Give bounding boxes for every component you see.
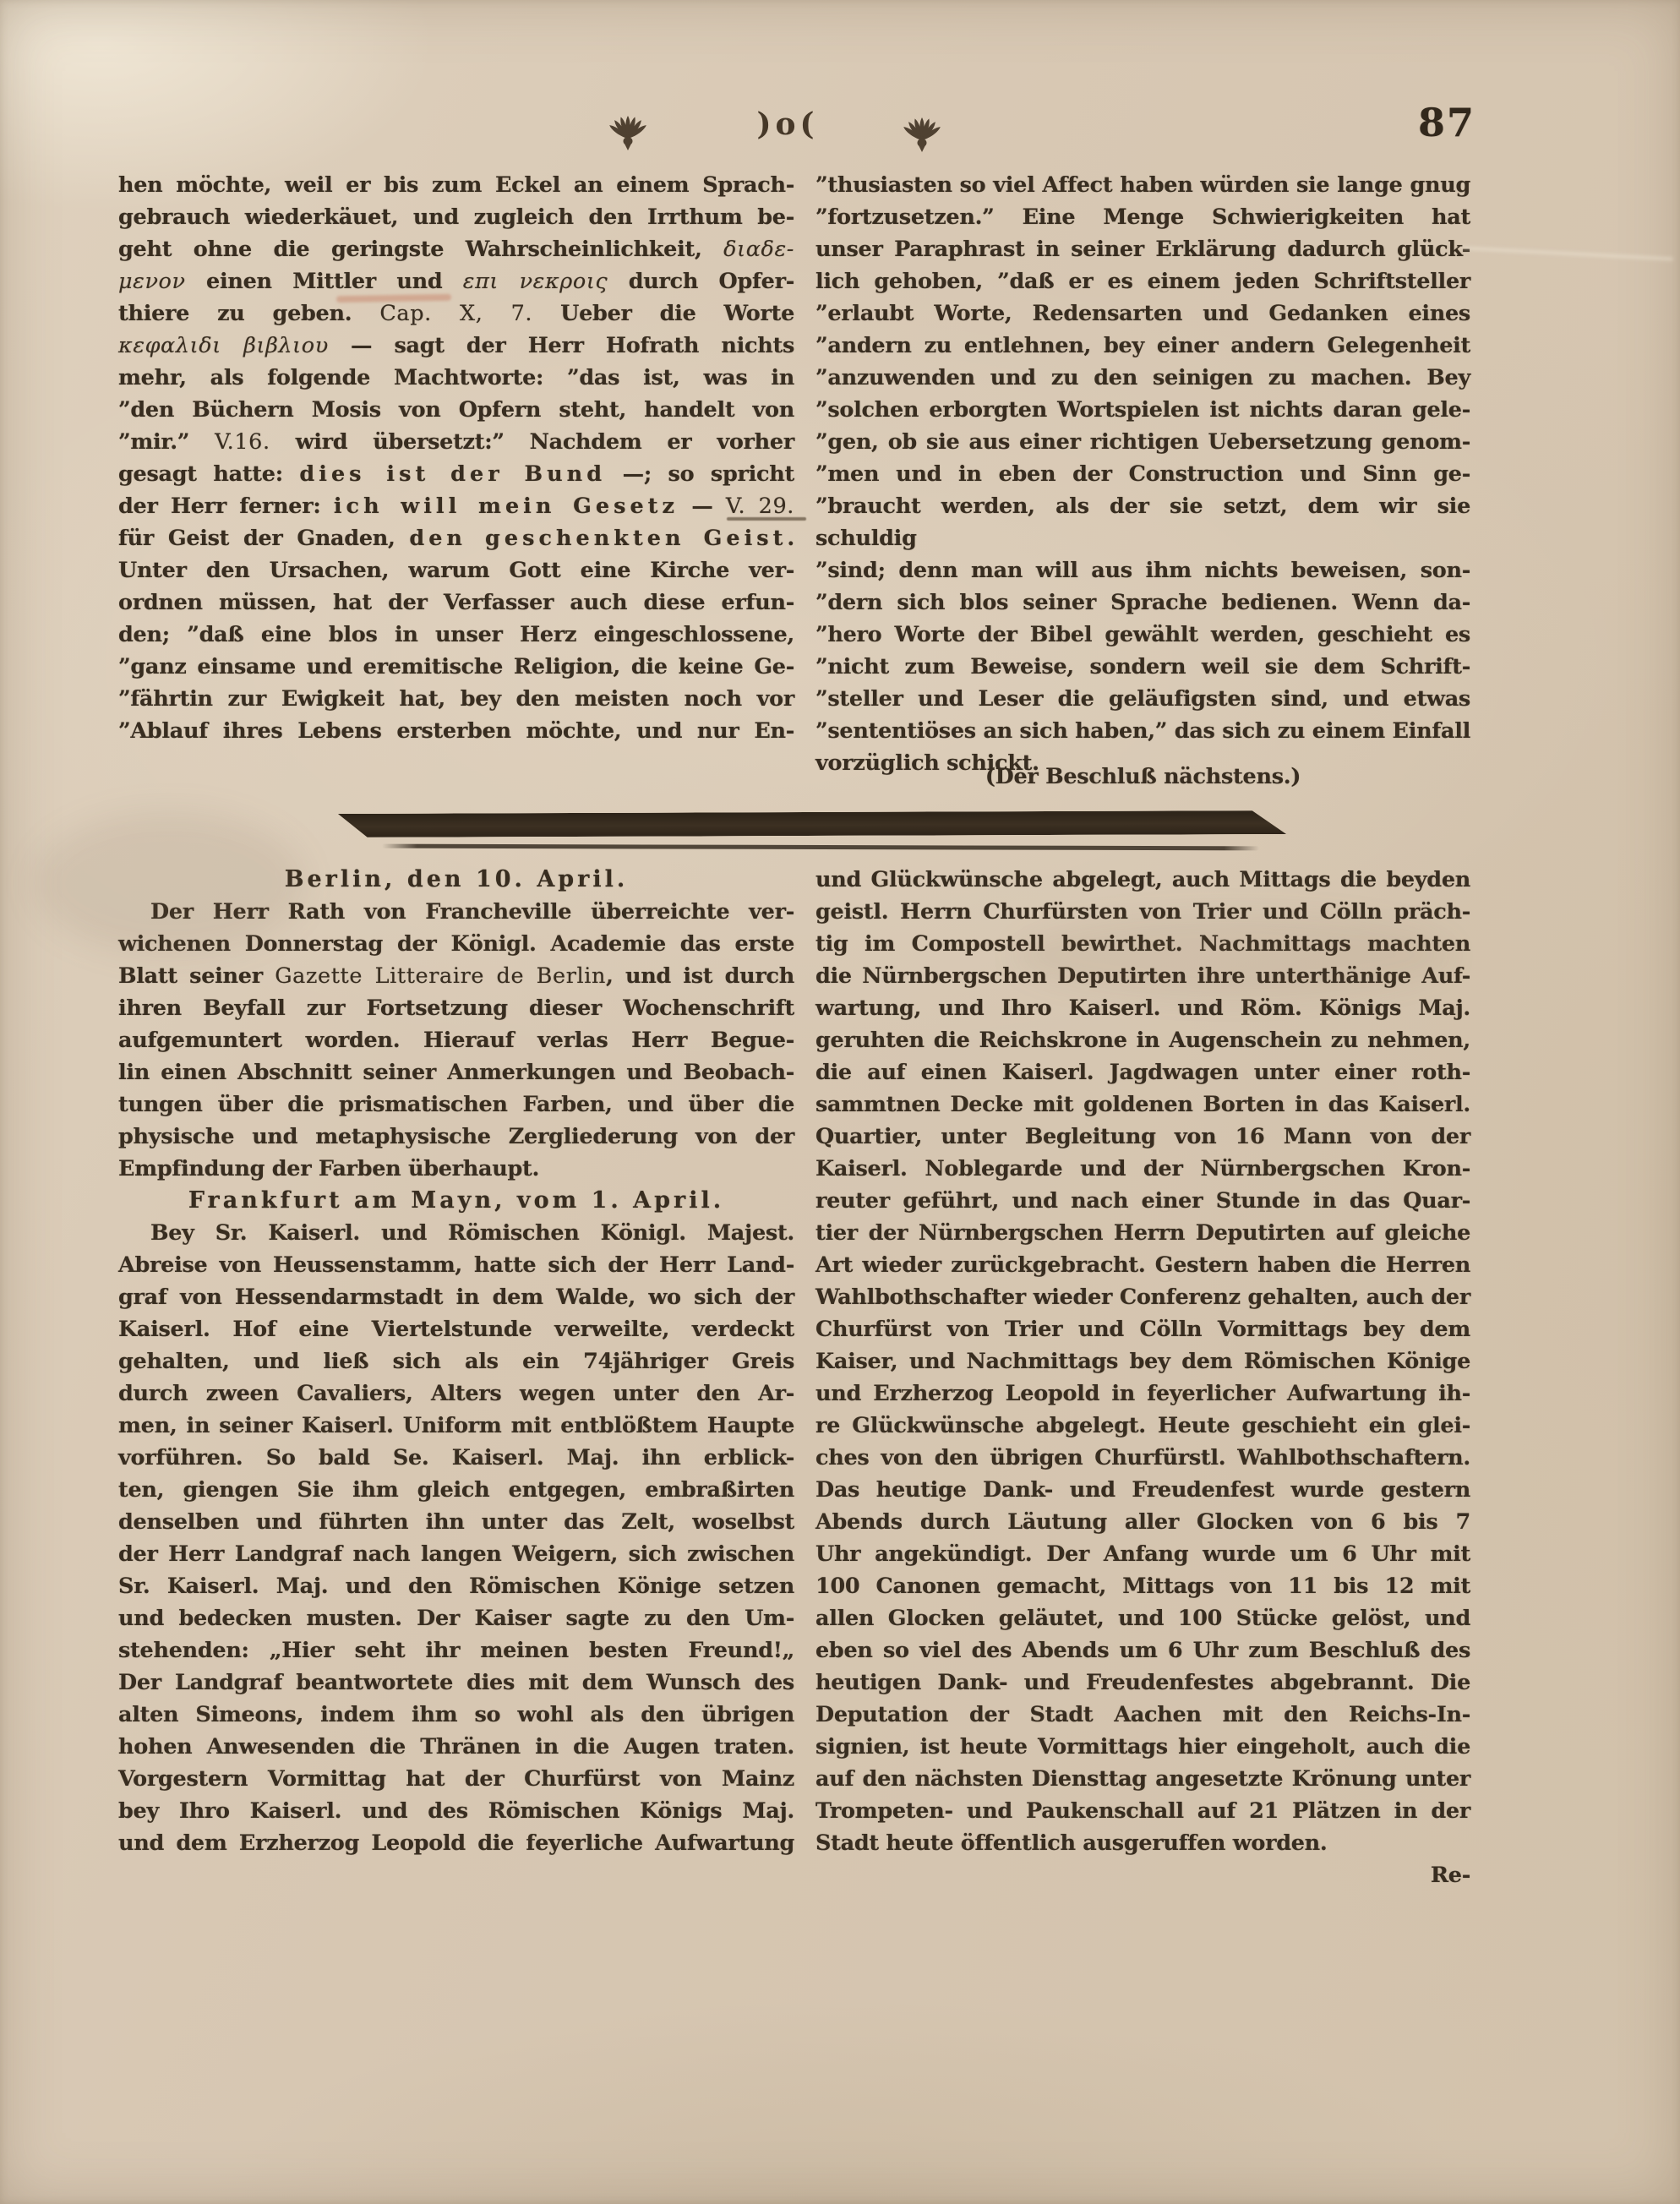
text-line: re Glückwünsche abgelegt. Heute geschieh… (815, 1410, 1470, 1442)
text-line: stehenden: „Hier seht ihr meinen besten … (118, 1634, 794, 1667)
text-line: Stadt heute öffentlich ausgeruffen worde… (815, 1827, 1470, 1859)
text-line: ten, giengen Sie ihm gleich entgegen, em… (118, 1474, 794, 1506)
text-line: Art wieder zurückgebracht. Gestern haben… (815, 1249, 1470, 1281)
text-line: eben so viel des Abends um 6 Uhr zum Bes… (815, 1634, 1470, 1667)
text-line: ihren Beyfall zur Fortsetzung dieser Woc… (118, 992, 794, 1024)
text-line: graf von Hessendarmstadt in dem Walde, w… (118, 1281, 794, 1313)
text-line: ”sind; denn man will aus ihm nichts bewe… (815, 554, 1470, 586)
text-line: Empfindung der Farben überhaupt. (118, 1153, 794, 1185)
text-line: geht ohne die geringste Wahrscheinlichke… (118, 233, 794, 265)
antiqua-run: Gazette Litteraire de Berlin (275, 963, 606, 989)
text-line: auf den nächsten Diensttag angesetzte Kr… (815, 1763, 1470, 1795)
text-line: unser Paraphrast in seiner Erklärung dad… (815, 233, 1470, 265)
text-line: ”men und in eben der Construction und Si… (815, 458, 1470, 490)
text-line: 100 Canonen gemacht, Mittags von 11 bis … (815, 1570, 1470, 1602)
text-line: Der Landgraf beantwortete dies mit dem W… (118, 1667, 794, 1699)
text-line: wartung, und Ihro Kaiserl. und Röm. Köni… (815, 992, 1470, 1024)
greek-run: μενον (118, 269, 186, 294)
greek-run: διαδε- (723, 237, 794, 262)
text-line: gesagt hatte: dies ist der Bund —; so sp… (118, 458, 794, 490)
antiqua-run: V. 29. (726, 494, 794, 519)
article-heading-berlin: Berlin, den 10. April. (118, 864, 794, 896)
text-line: aufgemuntert worden. Hierauf verlas Herr… (118, 1024, 794, 1056)
text-line: tungen über die prismatischen Farben, un… (118, 1088, 794, 1121)
text-line: gehalten, und ließ sich als ein 74jährig… (118, 1345, 794, 1377)
text-line: geistl. Herrn Churfürsten von Trier und … (815, 896, 1470, 928)
text-line: signien, ist heute Vormittags hier einge… (815, 1731, 1470, 1763)
antiqua-run: Cap. X, 7. (379, 301, 532, 326)
text-line: Churfürst von Trier und Cölln Vormittags… (815, 1313, 1470, 1345)
text-line: Quartier, unter Begleitung von 16 Mann v… (815, 1121, 1470, 1153)
text-line: durch zween Cavaliers, Alters wegen unte… (118, 1377, 794, 1410)
text-line: thiere zu geben. Cap. X, 7. Ueber die Wo… (118, 297, 794, 330)
text-line: sammtnen Decke mit goldenen Borten in da… (815, 1088, 1470, 1121)
text-line: ”andern zu entlehnen, bey einer andern G… (815, 330, 1470, 362)
berlin-article-column: Der Herr Rath von Francheville überreich… (118, 896, 794, 1185)
text-line: Kaiser, und Nachmittags bey dem Römische… (815, 1345, 1470, 1377)
page-number: 87 (1418, 100, 1475, 145)
text-line: ”den Büchern Mosis von Opfern steht, han… (118, 394, 794, 426)
text-line: Vorgestern Vormittag hat der Churfürst v… (118, 1763, 794, 1795)
text-line: Das heutige Dank- und Freudenfest wurde … (815, 1474, 1470, 1506)
text-line: ”dern sich blos seiner Sprache bedienen.… (815, 586, 1470, 619)
text-line: allen Glocken geläutet, und 100 Stücke g… (815, 1602, 1470, 1634)
text-line: Kaiserl. Noblegarde und der Nürnbergsche… (815, 1153, 1470, 1185)
text-line: Kaiserl. Hof eine Viertelstunde verweilt… (118, 1313, 794, 1345)
text-line: Abends durch Läutung aller Glocken von 6… (815, 1506, 1470, 1538)
text-line: den; ”daß eine blos in unser Herz einges… (118, 619, 794, 651)
letterspaced-emphasis: dies ist der Bund (299, 461, 606, 487)
text-line: ”fortzusetzen.” Eine Menge Schwierigkeit… (815, 201, 1470, 233)
text-line: alten Simeons, indem ihm so wohl als den… (118, 1699, 794, 1731)
text-line: lin einen Abschnitt seiner Anmerkungen u… (118, 1056, 794, 1088)
antiqua-run: V.16. (215, 429, 270, 455)
frankfurt-article-column: Bey Sr. Kaiserl. und Römischen Königl. M… (118, 1217, 794, 1859)
text-line: Bey Sr. Kaiserl. und Römischen Königl. M… (118, 1217, 794, 1249)
text-line: hohen Anwesenden die Thränen in die Auge… (118, 1731, 794, 1763)
text-line: Unter den Ursachen, warum Gott eine Kirc… (118, 554, 794, 586)
section-divider-rule (338, 810, 1286, 837)
text-line: ”gen, ob sie aus einer richtigen Ueberse… (815, 426, 1470, 458)
text-line: ”erlaubt Worte, Redensarten und Gedanken… (815, 297, 1470, 330)
text-line: wichenen Donnerstag der Königl. Academie… (118, 928, 794, 960)
text-line: ”solchen erborgten Wortspielen ist nicht… (815, 394, 1470, 426)
text-line: denselben und führten ihn unter das Zelt… (118, 1506, 794, 1538)
text-line: Deputation der Stadt Aachen mit den Reic… (815, 1699, 1470, 1731)
text-line: die auf einen Kaiserl. Jagdwagen unter e… (815, 1056, 1470, 1088)
letterspaced-emphasis: den geschenkten Geist (409, 526, 787, 551)
text-line: ”steller und Leser die geläufigsten sind… (815, 683, 1470, 715)
text-line: bey Ihro Kaiserl. und des Römischen Köni… (118, 1795, 794, 1827)
text-line: reuter geführt, und nach einer Stunde in… (815, 1185, 1470, 1217)
text-line: ”mir.” V.16. wird übersetzt:” Nachdem er… (118, 426, 794, 458)
text-line: und Erzherzog Leopold in feyerlicher Auf… (815, 1377, 1470, 1410)
paper-crease (1462, 246, 1673, 260)
text-line: ”nicht zum Beweise, sondern weil sie dem… (815, 651, 1470, 683)
greek-run: επι νεκροις (463, 269, 608, 294)
text-line: geruhten die Reichskrone in Augenschein … (815, 1024, 1470, 1056)
text-line: ”sententiöses an sich haben,” das sich z… (815, 715, 1470, 747)
text-line: Wahlbothschafter wieder Conferenz gehalt… (815, 1281, 1470, 1313)
scanned-journal-page: )o( 87 hen möchte, weil er bis zum Eckel… (0, 0, 1680, 2204)
upper-right-column: ”thusiasten so viel Affect haben würden … (815, 169, 1470, 779)
text-line: ”ganz einsame und eremitische Religion, … (118, 651, 794, 683)
text-line: für Geist der Gnaden, den geschenkten Ge… (118, 522, 794, 554)
text-line: und dem Erzherzog Leopold die feyerliche… (118, 1827, 794, 1859)
greek-run: κεφαλιδι βιβλιου (118, 333, 329, 358)
text-line: vorführen. So bald Se. Kaiserl. Maj. ihn… (118, 1442, 794, 1474)
text-line: Der Herr Rath von Francheville überreich… (118, 896, 794, 928)
text-line: mehr, als folgende Machtworte: ”das ist,… (118, 362, 794, 394)
header-separator-mark: )o( (737, 106, 838, 142)
text-line: lich gehoben, ”daß er es einem jeden Sch… (815, 265, 1470, 297)
text-line: tier der Nürnbergschen Herrn Deputirten … (815, 1217, 1470, 1249)
text-line: physische und metaphysische Zergliederun… (118, 1121, 794, 1153)
article-heading-frankfurt: Frankfurt am Mayn, vom 1. April. (118, 1185, 794, 1217)
text-line: Blatt seiner Gazette Litteraire de Berli… (118, 960, 794, 992)
text-line: tig im Compostell bewirthet. Nachmittags… (815, 928, 1470, 960)
text-line: ”braucht werden, als der sie setzt, dem … (815, 490, 1470, 554)
text-line: Trompeten- und Paukenschall auf 21 Plätz… (815, 1795, 1470, 1827)
text-line: und Glückwünsche abgelegt, auch Mittags … (815, 864, 1470, 896)
text-line: hen möchte, weil er bis zum Eckel an ein… (118, 169, 794, 201)
letterspaced-emphasis: ich will mein Gesetz (334, 494, 679, 519)
text-line: men, in seiner Kaiserl. Uniform mit entb… (118, 1410, 794, 1442)
text-line: ”Ablauf ihres Lebens ersterben möchte, u… (118, 715, 794, 747)
text-line: gebrauch wiederkäuet, und zugleich den I… (118, 201, 794, 233)
text-line: ”thusiasten so viel Affect haben würden … (815, 169, 1470, 201)
text-line: Abreise von Heussenstamm, hatte sich der… (118, 1249, 794, 1281)
upper-left-column: hen möchte, weil er bis zum Eckel an ein… (118, 169, 794, 747)
text-line: ”hero Worte der Bibel gewählt werden, ge… (815, 619, 1470, 651)
text-line: ordnen müssen, hat der Verfasser auch di… (118, 586, 794, 619)
text-line: der Herr Landgraf nach langen Weigern, s… (118, 1538, 794, 1570)
lower-right-column: und Glückwünsche abgelegt, auch Mittags … (815, 864, 1470, 1859)
text-line: κεφαλιδι βιβλιου — sagt der Herr Hofrath… (118, 330, 794, 362)
section-divider-thin-rule (382, 844, 1259, 851)
text-line: ”anzuwenden und zu den seinigen zu mache… (815, 362, 1470, 394)
text-line: μενον einen Mittler und επι νεκροις durc… (118, 265, 794, 297)
text-line: Uhr angekündigt. Der Anfang wurde um 6 U… (815, 1538, 1470, 1570)
article-closing-note: (Der Beschluß nächstens.) (815, 761, 1470, 793)
shell-ornament-left-icon (603, 105, 652, 152)
text-line: ches von den übrigen Churfürstl. Wahlbot… (815, 1442, 1470, 1474)
text-line: Sr. Kaiserl. Maj. und den Römischen Köni… (118, 1570, 794, 1602)
text-line: ”fährtin zur Ewigkeit hat, bey den meist… (118, 683, 794, 715)
text-line: der Herr ferner: ich will mein Gesetz — … (118, 490, 794, 522)
catchword: Re- (815, 1859, 1474, 1891)
text-line: heutigen Dank- und Freudenfestes abgebra… (815, 1667, 1470, 1699)
text-line: die Nürnbergschen Deputirten ihre untert… (815, 960, 1470, 992)
text-line: und bedecken musten. Der Kaiser sagte zu… (118, 1602, 794, 1634)
shell-ornament-right-icon (897, 106, 946, 154)
